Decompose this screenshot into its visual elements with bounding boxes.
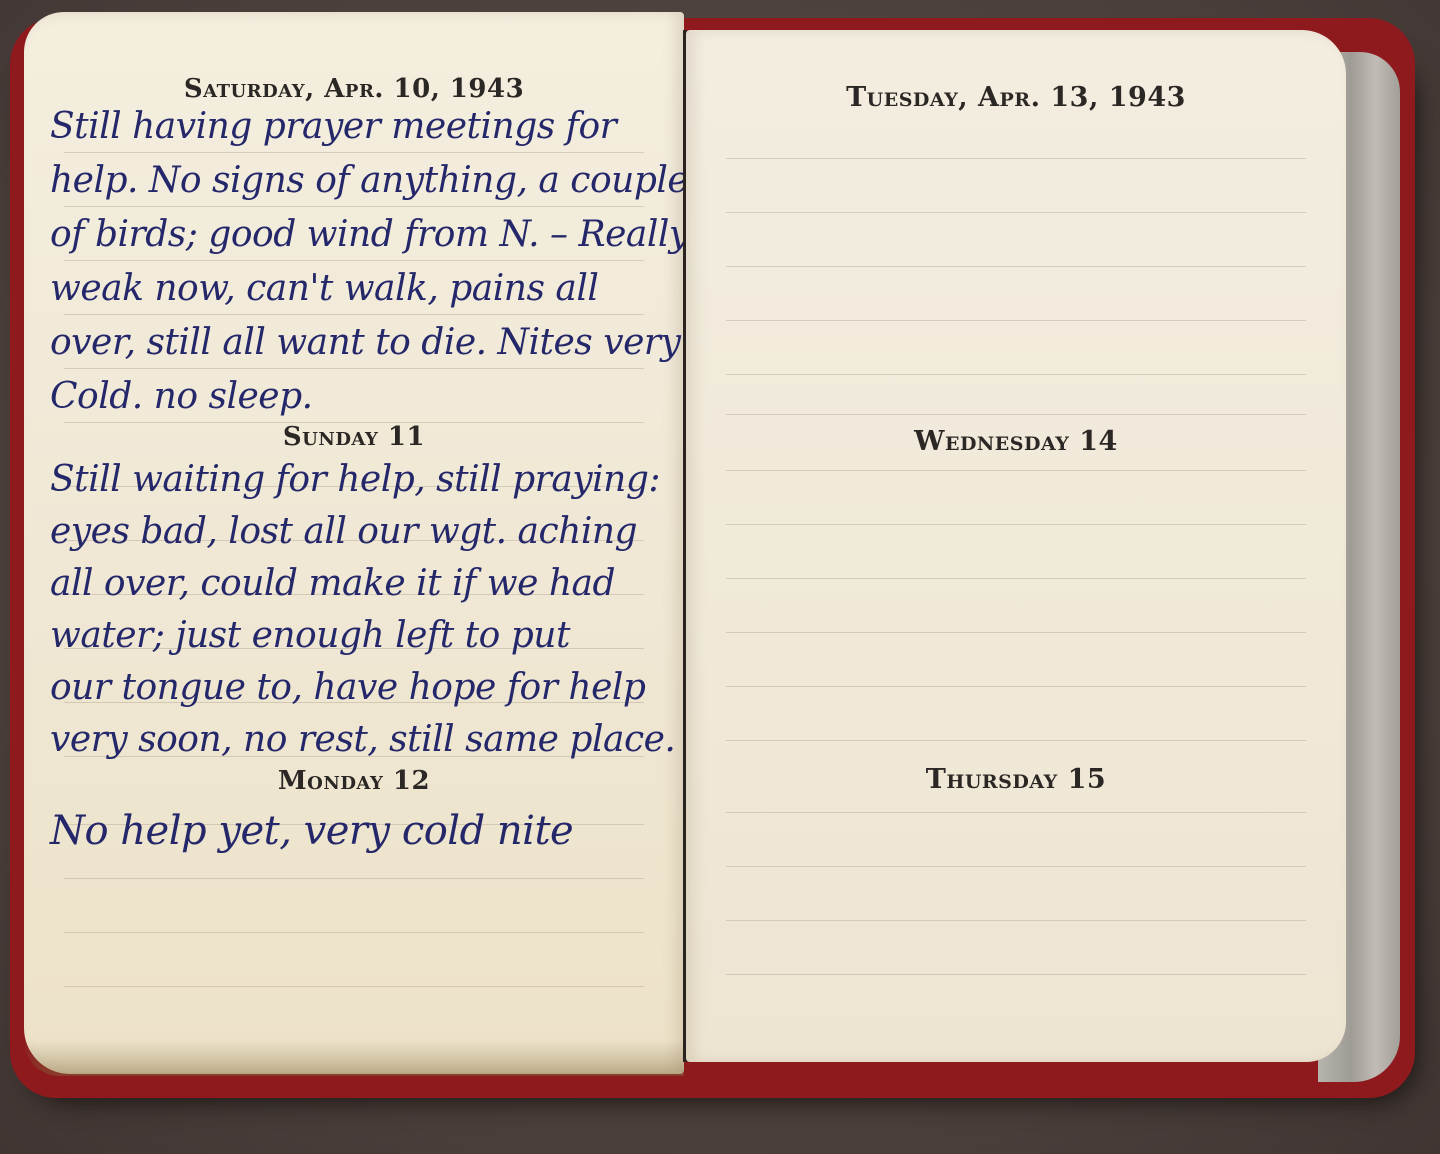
handwritten-line: all over, could make it if we had	[50, 558, 668, 610]
handwritten-line: Still waiting for help, still praying:	[50, 454, 668, 506]
handwritten-line: over, still all want to die. Nites very	[50, 316, 668, 370]
entry-heading-wednesday: Wednesday 14	[686, 426, 1346, 457]
entry-text-saturday: Still having prayer meetings for help. N…	[50, 100, 668, 424]
entry-heading-monday: Monday 12	[24, 766, 684, 796]
entry-heading-tuesday: Tuesday, Apr. 13, 1943	[686, 82, 1346, 113]
handwritten-line: Still having prayer meetings for	[50, 100, 668, 154]
handwritten-line: Cold. no sleep.	[50, 370, 668, 424]
right-page: Tuesday, Apr. 13, 1943 Wednesday 14 Thur…	[686, 30, 1346, 1062]
handwritten-line: help. No signs of anything, a couple	[50, 154, 668, 208]
ruled-lines	[686, 30, 1346, 1062]
page-edge-stain	[24, 1040, 684, 1076]
left-page: Saturday, Apr. 10, 1943 Still having pra…	[24, 12, 684, 1074]
handwritten-line: of birds; good wind from N. – Really	[50, 208, 668, 262]
handwritten-line: very soon, no rest, still same place.	[50, 714, 668, 766]
handwritten-line: our tongue to, have hope for help	[50, 662, 668, 714]
entry-text-monday: No help yet, very cold nite	[50, 804, 668, 858]
handwritten-line: water; just enough left to put	[50, 610, 668, 662]
handwritten-line: No help yet, very cold nite	[50, 804, 668, 858]
entry-heading-sunday: Sunday 11	[24, 422, 684, 452]
handwritten-line: weak now, can't walk, pains all	[50, 262, 668, 316]
entry-heading-thursday: Thursday 15	[686, 764, 1346, 795]
entry-text-sunday: Still waiting for help, still praying: e…	[50, 454, 668, 766]
handwritten-line: eyes bad, lost all our wgt. aching	[50, 506, 668, 558]
